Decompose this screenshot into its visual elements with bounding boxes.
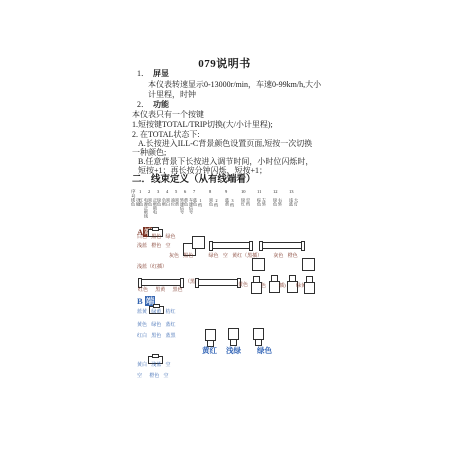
a-mid-labels: 灰色 黑色 绿色 空 黄红（黑插） 灰色 橙色 — [169, 254, 298, 260]
b-row5: 空 橙色 空 — [137, 374, 169, 380]
manual-page: 079说明书 1． 屏显 本仪表转速显示0-13000r/min，车速0-99k… — [0, 0, 449, 449]
display-desc-line1: 本仪表转速显示0-13000r/min，车速0-99km/h,大小 — [148, 80, 321, 89]
table-col: 6黄色车速信号 — [184, 189, 193, 214]
page-title: 079说明书 — [0, 55, 449, 71]
table-col: 13浅蓝大灯 — [289, 189, 305, 206]
item-1-number: 1． — [137, 69, 149, 78]
inline-connector-icon — [212, 242, 250, 249]
table-col: 4黑白油位 — [166, 189, 175, 206]
table-col: 2黑色正极锁电 — [148, 189, 157, 214]
a-row2: 浅蓝 橙色 空 — [137, 244, 171, 250]
bullet-terminal-icon — [205, 329, 216, 341]
table-col: 8黑色2档 — [209, 189, 225, 207]
row-label-num: 序号 — [131, 189, 137, 198]
item-2-heading: 2． 功能 — [137, 100, 169, 109]
harness-table: 序号 线色 功能 1红色电源正极线 2黑色正极锁电 3绿色负极 4黑白油位 5黑… — [131, 189, 305, 218]
item-1-heading: 1． 屏显 — [137, 69, 169, 78]
a-frag-se: 色 — [261, 284, 266, 290]
table-col: 7蓝色1档 — [193, 189, 209, 207]
a-lightblue-label: 浅蓝（红插） — [137, 265, 167, 271]
func-line-4: A.长按进入ILL-C背景颜色设置页面,短按一次切换 — [138, 139, 312, 148]
table-col: 5黑黄转速信号 — [175, 189, 184, 214]
bullet-terminal-icon — [228, 328, 239, 340]
square-connector-icon — [302, 258, 315, 271]
a-frag-cha: 插) — [279, 284, 286, 290]
item-2-label: 功能 — [153, 100, 169, 109]
table-col: 11棕色左转 — [257, 189, 273, 206]
table-col: 10绿红空档 — [241, 189, 257, 206]
square-connector-icon — [252, 258, 265, 271]
display-desc-line2: 计里程，时钟 — [148, 90, 196, 99]
inline-connector-icon — [198, 279, 238, 286]
table-col: 3绿色负极 — [157, 189, 166, 206]
bullet-terminal-icon — [253, 328, 264, 340]
inline-connector-icon — [141, 279, 181, 286]
func-line-7: 短按+1；再长按分钟闪烁，短按+1； — [138, 166, 267, 175]
table-col: 9蓝黄3档 — [225, 189, 241, 207]
table-col: 12绿色右转 — [273, 189, 289, 206]
harness-section-heading: 二．线束定义（从有线端看） — [132, 176, 256, 185]
item-2-number: 2． — [137, 100, 149, 109]
func-line-3: 2. 在TOTAL状态下: — [132, 130, 200, 139]
func-line-2: 1.短按键TOTAL/TRIP切换(大/小计里程); — [132, 120, 273, 129]
b-row4: 黄白 浅蓝 空 — [137, 363, 171, 369]
square-connector-icon — [192, 236, 205, 249]
b-row2: 黄色 绿色 蓝红 — [137, 323, 176, 329]
func-line-5: 一种颜色; — [132, 148, 166, 157]
b-row3: 红白 黑色 蓝黑 — [137, 334, 176, 340]
b-bullet-label-1: 黄红 — [202, 345, 217, 356]
func-line-6: B.任意背景下长按进入调节时间，小时位闪烁时， — [138, 157, 313, 166]
func-line-1: 本仪表只有一个按键 — [132, 110, 204, 119]
a-frag-yellow: 黄色 — [238, 283, 248, 289]
item-1-label: 屏显 — [153, 69, 169, 78]
table-col: 1红色电源正极线 — [139, 189, 148, 218]
inline-connector-icon — [262, 242, 302, 249]
a-row1: 白色 黑色 绿色 — [137, 235, 176, 241]
b-bullet-label-3: 绿色 — [257, 345, 272, 356]
b-row1: 蓝黄 绿黄 桔红 — [137, 310, 176, 316]
a-frag-black: （黑 — [185, 280, 195, 286]
row-label-color: 线色 — [131, 198, 135, 206]
table-row-labels: 序号 线色 功能 — [131, 189, 139, 206]
bullet-terminal-icon — [304, 282, 315, 294]
b-bullet-label-2: 浅绿 — [226, 345, 241, 356]
a-bottom-labels: 红色 黑黄 黑色 — [138, 288, 183, 294]
